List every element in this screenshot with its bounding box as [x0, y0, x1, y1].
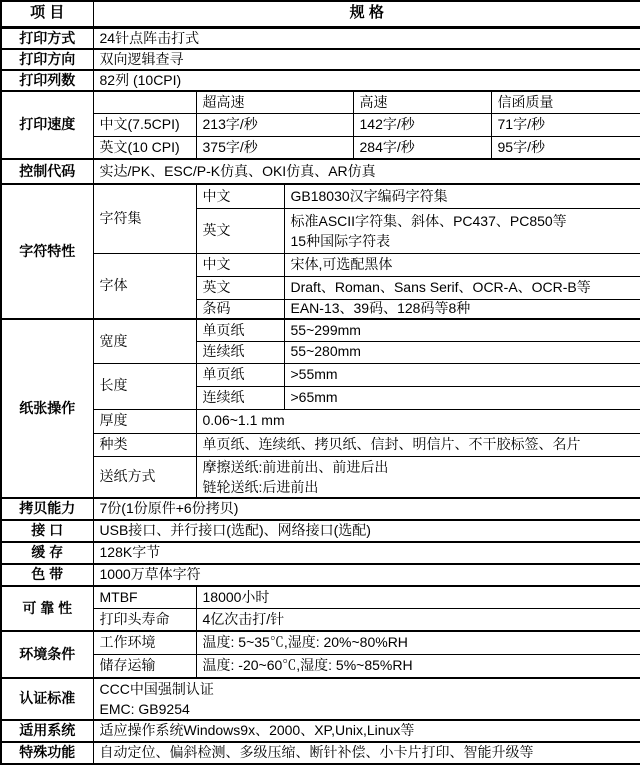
spec-value-buffer: 128K字节 — [93, 542, 640, 564]
row-paper-thickness: 厚度 0.06~1.1 mm — [1, 409, 640, 433]
row-env-working: 环境条件 工作环境 温度: 5~35℃,湿度: 20%~80%RH — [1, 631, 640, 654]
row-paper-feeding: 送纸方式 摩擦送纸:前进前出、前进后出 链轮送纸:后进前出 — [1, 456, 640, 498]
charset-chinese-label: 中文 — [196, 184, 284, 208]
width-continuous-label: 连续纸 — [196, 341, 284, 363]
sub-label-length: 长度 — [93, 363, 196, 409]
row-print-speed-chinese: 中文(7.5CPI) 213字/秒 142字/秒 71字/秒 — [1, 113, 640, 136]
speed-chinese-super-high: 213字/秒 — [196, 113, 353, 136]
speed-english-high: 284字/秒 — [353, 136, 491, 159]
row-print-direction: 打印方向 双向逻辑查寻 — [1, 49, 640, 70]
charset-english-line1: 标准ASCII字符集、斜体、PC437、PC850等 — [291, 211, 635, 231]
length-continuous-label: 连续纸 — [196, 386, 284, 409]
table-header-row: 项 目 规 格 — [1, 1, 640, 27]
spec-value-interface: USB接口、并行接口(选配)、网络接口(选配) — [93, 520, 640, 542]
row-control-code: 控制代码 实达/PK、ESC/P-K仿真、OKI仿真、AR仿真 — [1, 159, 640, 184]
row-env-storage: 储存运输 温度: -20~60℃,湿度: 5%~85%RH — [1, 654, 640, 678]
row-buffer: 缓 存 128K字节 — [1, 542, 640, 564]
certification-value: CCC中国强制认证 EMC: GB9254 — [93, 678, 640, 720]
feeding-value: 摩擦送纸:前进前出、前进后出 链轮送纸:后进前出 — [196, 456, 640, 498]
font-chinese-value: 宋体,可选配黑体 — [284, 253, 640, 276]
charset-english-value: 标准ASCII字符集、斜体、PC437、PC850等 15种国际字符表 — [284, 208, 640, 253]
item-label-special-functions: 特殊功能 — [1, 742, 93, 764]
length-continuous-value: >65mm — [284, 386, 640, 409]
font-english-label: 英文 — [196, 276, 284, 299]
sub-label-font: 字体 — [93, 253, 196, 319]
feeding-line1: 摩擦送纸:前进前出、前进后出 — [203, 457, 635, 477]
speed-label-english: 英文(10 CPI) — [93, 136, 196, 159]
width-single-label: 单页纸 — [196, 319, 284, 341]
item-label-interface: 接 口 — [1, 520, 93, 542]
row-charset-chinese: 字符特性 字符集 中文 GB18030汉字编码字符集 — [1, 184, 640, 208]
row-certification: 认证标准 CCC中国强制认证 EMC: GB9254 — [1, 678, 640, 720]
length-single-value: >55mm — [284, 363, 640, 386]
speed-header-high: 高速 — [353, 91, 491, 113]
row-interface: 接 口 USB接口、并行接口(选配)、网络接口(选配) — [1, 520, 640, 542]
row-copy-capability: 拷贝能力 7份(1份原件+6份拷贝) — [1, 498, 640, 520]
storage-env-value: 温度: -20~60℃,湿度: 5%~85%RH — [196, 654, 640, 678]
item-label-certification: 认证标准 — [1, 678, 93, 720]
spec-value-copy-capability: 7份(1份原件+6份拷贝) — [93, 498, 640, 520]
item-label-char-features: 字符特性 — [1, 184, 93, 319]
spec-value-print-method: 24针点阵击打式 — [93, 27, 640, 49]
speed-chinese-letter-quality: 71字/秒 — [491, 113, 640, 136]
speed-label-chinese: 中文(7.5CPI) — [93, 113, 196, 136]
spec-value-os-support: 适应操作系统Windows9x、2000、XP,Unix,Linux等 — [93, 720, 640, 742]
header-spec-column: 规 格 — [93, 1, 640, 27]
charset-chinese-value: GB18030汉字编码字符集 — [284, 184, 640, 208]
speed-chinese-high: 142字/秒 — [353, 113, 491, 136]
sub-label-working-env: 工作环境 — [93, 631, 196, 654]
item-label-buffer: 缓 存 — [1, 542, 93, 564]
row-paper-types: 种类 单页纸、连续纸、拷贝纸、信封、明信片、不干胶标签、名片 — [1, 433, 640, 456]
item-label-print-method: 打印方式 — [1, 27, 93, 49]
mtbf-value: 18000小时 — [196, 586, 640, 608]
row-mtbf: 可 靠 性 MTBF 18000小时 — [1, 586, 640, 608]
spec-value-ribbon: 1000万草体字符 — [93, 564, 640, 586]
item-label-environment: 环境条件 — [1, 631, 93, 678]
sub-label-charset: 字符集 — [93, 184, 196, 253]
font-barcode-label: 条码 — [196, 299, 284, 319]
speed-header-super-high: 超高速 — [196, 91, 353, 113]
speed-english-super-high: 375字/秒 — [196, 136, 353, 159]
row-paper-length-single: 长度 单页纸 >55mm — [1, 363, 640, 386]
item-label-paper-handling: 纸张操作 — [1, 319, 93, 498]
speed-header-letter-quality: 信函质量 — [491, 91, 640, 113]
thickness-value: 0.06~1.1 mm — [196, 409, 640, 433]
item-label-print-speed: 打印速度 — [1, 91, 93, 159]
header-item-column: 项 目 — [1, 1, 93, 27]
row-print-speed-headers: 打印速度 超高速 高速 信函质量 — [1, 91, 640, 113]
row-head-life: 打印头寿命 4亿次击打/针 — [1, 608, 640, 631]
charset-english-line2: 15种国际字符表 — [291, 231, 635, 251]
sub-label-paper-types: 种类 — [93, 433, 196, 456]
font-chinese-label: 中文 — [196, 253, 284, 276]
row-special-functions: 特殊功能 自动定位、偏斜检测、多级压缩、断针补偿、小卡片打印、智能升级等 — [1, 742, 640, 764]
row-print-columns: 打印列数 82列 (10CPI) — [1, 70, 640, 91]
row-print-method: 打印方式 24针点阵击打式 — [1, 27, 640, 49]
row-os-support: 适用系统 适应操作系统Windows9x、2000、XP,Unix,Linux等 — [1, 720, 640, 742]
speed-header-empty — [93, 91, 196, 113]
speed-english-letter-quality: 95字/秒 — [491, 136, 640, 159]
font-barcode-value: EAN-13、39码、128码等8种 — [284, 299, 640, 319]
item-label-print-direction: 打印方向 — [1, 49, 93, 70]
row-print-speed-english: 英文(10 CPI) 375字/秒 284字/秒 95字/秒 — [1, 136, 640, 159]
certification-line1: CCC中国强制认证 — [100, 679, 635, 699]
sub-label-width: 宽度 — [93, 319, 196, 363]
sub-label-storage-env: 储存运输 — [93, 654, 196, 678]
head-life-value: 4亿次击打/针 — [196, 608, 640, 631]
sub-label-thickness: 厚度 — [93, 409, 196, 433]
item-label-os-support: 适用系统 — [1, 720, 93, 742]
sub-label-feeding: 送纸方式 — [93, 456, 196, 498]
certification-line2: EMC: GB9254 — [100, 699, 635, 719]
spec-value-special-functions: 自动定位、偏斜检测、多级压缩、断针补偿、小卡片打印、智能升级等 — [93, 742, 640, 764]
feeding-line2: 链轮送纸:后进前出 — [203, 477, 635, 497]
length-single-label: 单页纸 — [196, 363, 284, 386]
printer-spec-table: 项 目 规 格 打印方式 24针点阵击打式 打印方向 双向逻辑查寻 打印列数 8… — [0, 0, 640, 765]
paper-types-value: 单页纸、连续纸、拷贝纸、信封、明信片、不干胶标签、名片 — [196, 433, 640, 456]
row-paper-width-single: 纸张操作 宽度 单页纸 55~299mm — [1, 319, 640, 341]
item-label-print-columns: 打印列数 — [1, 70, 93, 91]
sub-label-head-life: 打印头寿命 — [93, 608, 196, 631]
working-env-value: 温度: 5~35℃,湿度: 20%~80%RH — [196, 631, 640, 654]
spec-value-print-columns: 82列 (10CPI) — [93, 70, 640, 91]
item-label-copy-capability: 拷贝能力 — [1, 498, 93, 520]
width-single-value: 55~299mm — [284, 319, 640, 341]
sub-label-mtbf: MTBF — [93, 586, 196, 608]
spec-value-control-code: 实达/PK、ESC/P-K仿真、OKI仿真、AR仿真 — [93, 159, 640, 184]
font-english-value: Draft、Roman、Sans Serif、OCR-A、OCR-B等 — [284, 276, 640, 299]
item-label-control-code: 控制代码 — [1, 159, 93, 184]
width-continuous-value: 55~280mm — [284, 341, 640, 363]
spec-value-print-direction: 双向逻辑查寻 — [93, 49, 640, 70]
row-ribbon: 色 带 1000万草体字符 — [1, 564, 640, 586]
item-label-ribbon: 色 带 — [1, 564, 93, 586]
row-font-chinese: 字体 中文 宋体,可选配黑体 — [1, 253, 640, 276]
item-label-reliability: 可 靠 性 — [1, 586, 93, 631]
charset-english-label: 英文 — [196, 208, 284, 253]
